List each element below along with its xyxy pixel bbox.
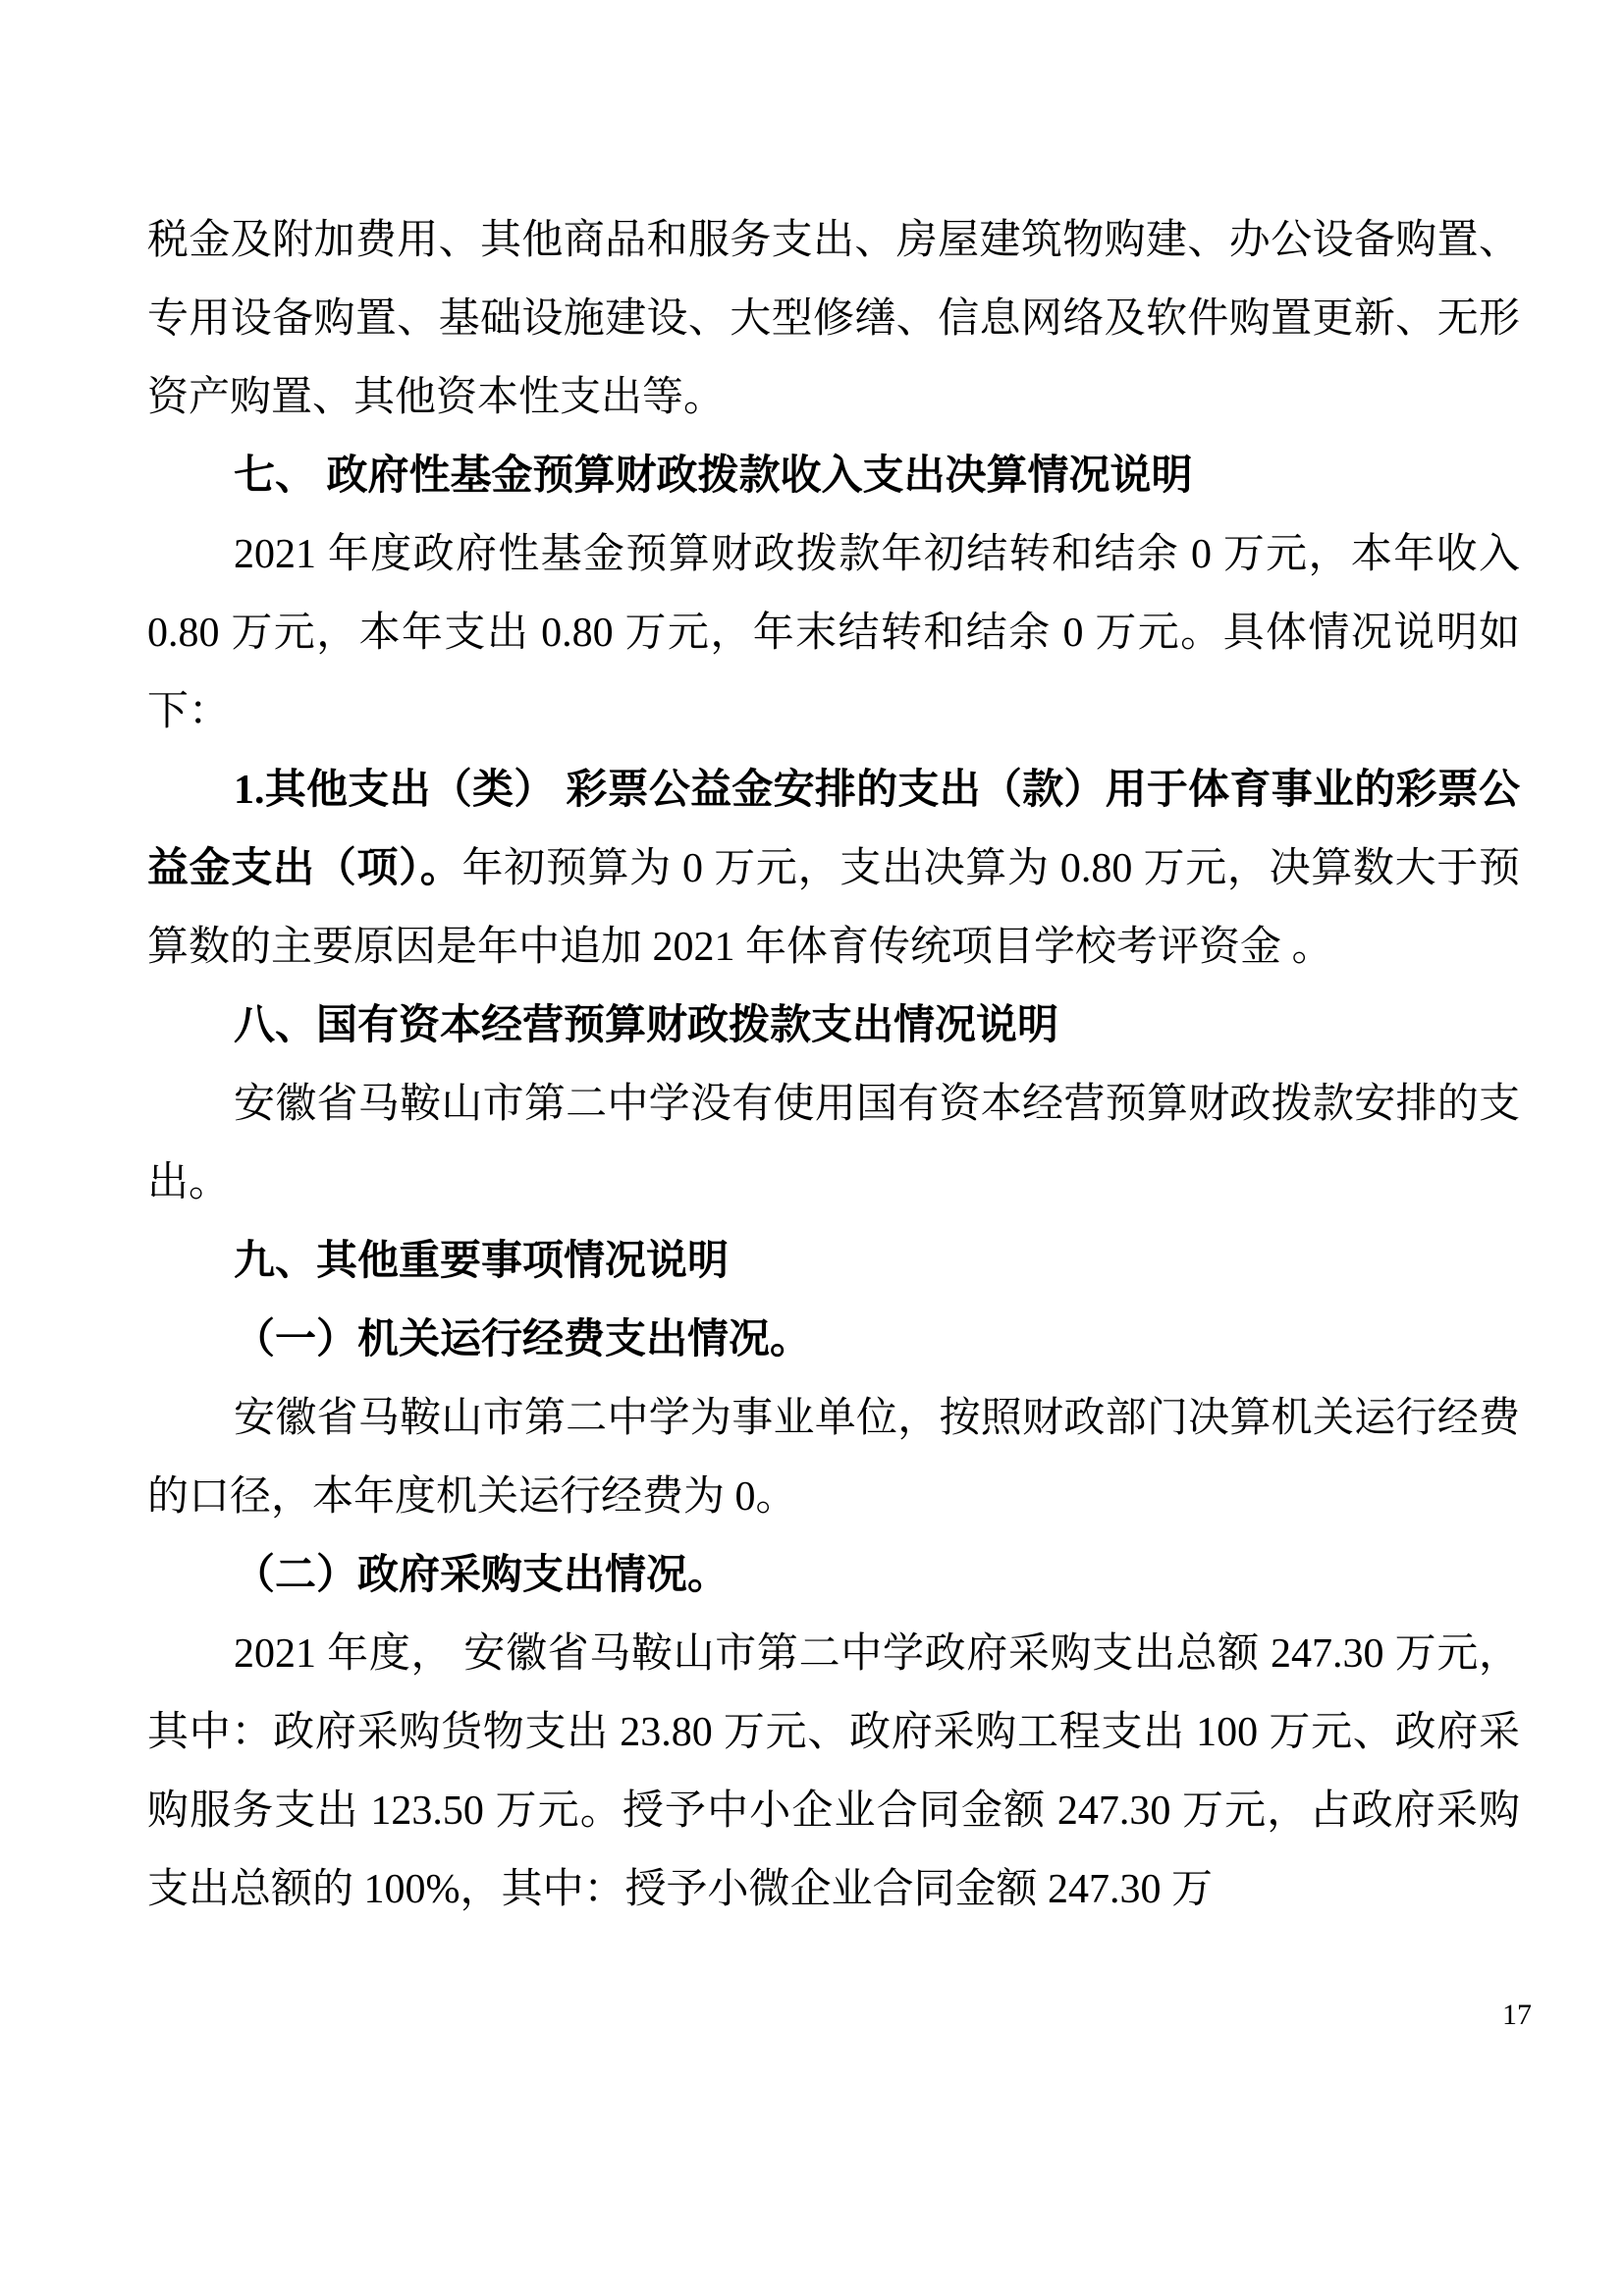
heading-section-7-gov-fund-budget: 七、 政府性基金预算财政拨款收入支出决算情况说明 bbox=[147, 437, 1520, 515]
paragraph-operating-expense-statement: 安徽省马鞍山市第二中学为事业单位，按照财政部门决算机关运行经费的口径，本年度机关… bbox=[147, 1379, 1520, 1536]
paragraph-state-capital-statement: 安徽省马鞍山市第二中学没有使用国有资本经营预算财政拨款安排的支出。 bbox=[147, 1065, 1520, 1222]
heading-9-1-operating-expense: （一）机关运行经费支出情况。 bbox=[147, 1301, 1520, 1379]
document-page: 税金及附加费用、其他商品和服务支出、房屋建筑物购建、办公设备购置、专用设备购置、… bbox=[0, 0, 1624, 2296]
heading-section-9-other-important-items: 九、其他重要事项情况说明 bbox=[147, 1222, 1520, 1301]
paragraph-carryover-expense-types: 税金及附加费用、其他商品和服务支出、房屋建筑物购建、办公设备购置、专用设备购置、… bbox=[147, 201, 1520, 437]
page-number: 17 bbox=[1502, 2001, 1532, 2030]
heading-9-2-gov-procurement: （二）政府采购支出情况。 bbox=[147, 1536, 1520, 1615]
heading-section-8-state-capital-budget: 八、国有资本经营预算财政拨款支出情况说明 bbox=[147, 987, 1520, 1065]
paragraph-item-1-lottery-fund: 1.其他支出（类） 彩票公益金安排的支出（款）用于体育事业的彩票公益金支出（项）… bbox=[147, 751, 1520, 987]
paragraph-gov-procurement-statement: 2021 年度， 安徽省马鞍山市第二中学政府采购支出总额 247.30 万元，其… bbox=[147, 1615, 1520, 1929]
page-content: 税金及附加费用、其他商品和服务支出、房屋建筑物购建、办公设备购置、专用设备购置、… bbox=[147, 201, 1520, 1929]
paragraph-gov-fund-budget-summary: 2021 年度政府性基金预算财政拨款年初结转和结余 0 万元，本年收入 0.80… bbox=[147, 515, 1520, 751]
